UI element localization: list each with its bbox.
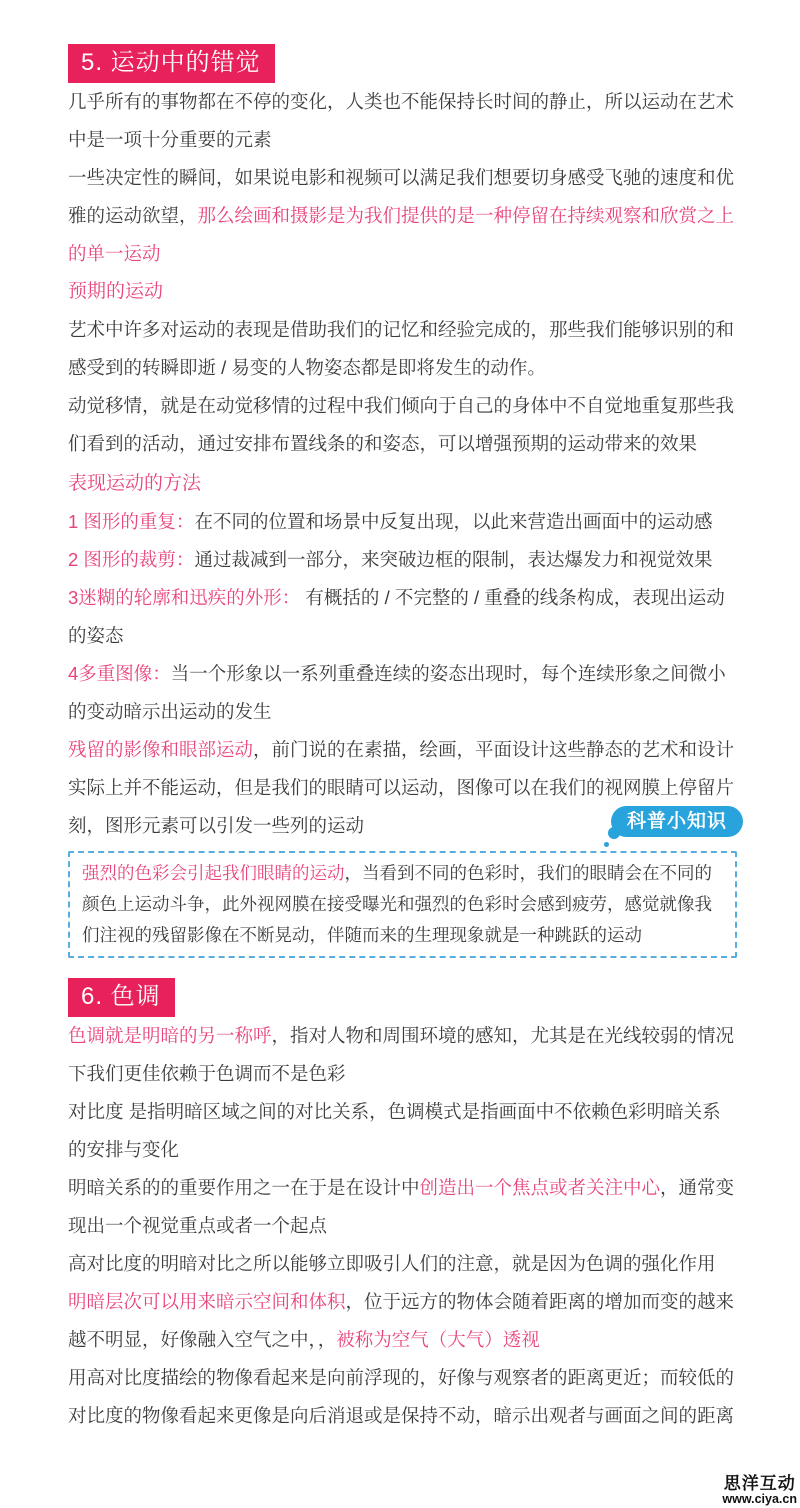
- paragraph-contrast: 对比度 是指明暗区域之间的对比关系，色调模式是指画面中不依赖色彩明暗关系的安排与…: [68, 1093, 737, 1169]
- section-5-header-row: 5. 运动中的错觉: [68, 44, 737, 83]
- highlight-text: 强烈的色彩会引起我们眼睛的运动: [82, 863, 345, 883]
- section-6-header-row: 6. 色调: [68, 978, 737, 1017]
- highlight-text: 被称为空气（大气）透视: [336, 1329, 540, 1350]
- tip-box: 强烈的色彩会引起我们眼睛的运动，当看到不同的色彩时，我们的眼睛会在不同的颜色上运…: [68, 851, 737, 958]
- highlight-text: 3迷糊的轮廓和迅疾的外形：: [68, 587, 300, 608]
- watermark-brand: 思洋互动: [722, 1475, 797, 1493]
- body-text: 动觉移情，就是在动觉移情的过程中我们倾向于自己的身体中不自觉地重复那些我们看到的…: [68, 395, 734, 454]
- highlight-text: 创造出一个焦点或者关注中心: [420, 1177, 661, 1198]
- highlight-text: 明暗层次可以用来暗示空间和体积: [68, 1291, 346, 1312]
- body-text: 在不同的位置和场景中反复出现，以此来营造出画面中的运动感: [194, 511, 712, 532]
- tip-area: 科普小知识 强烈的色彩会引起我们眼睛的运动，当看到不同的色彩时，我们的眼睛会在不…: [68, 851, 737, 958]
- paragraph-tone-intro: 色调就是明暗的另一称呼，指对人物和周围环境的感知，尤其是在光线较弱的情况下我们更…: [68, 1017, 737, 1093]
- section-6-title-badge: 6. 色调: [68, 978, 175, 1017]
- paragraph-motion-intro: 几乎所有的事物都在不停的变化，人类也不能保持长时间的静止，所以运动在艺术中是一项…: [68, 83, 737, 273]
- subheading-motion-methods: 表现运动的方法: [68, 465, 737, 503]
- body-text: 艺术中许多对运动的表现是借助我们的记忆和经验完成的，那些我们能够识别的和感受到的…: [68, 319, 734, 378]
- paragraph-high-contrast: 用高对比度描绘的物像看起来是向前浮现的，好像与观察者的距离更近；而较低的对比度的…: [68, 1359, 737, 1435]
- paragraph-lightdark: 明暗关系的的重要作用之一在于是在设计中创造出一个焦点或者关注中心，通常变现出一个…: [68, 1169, 737, 1359]
- watermark: 思洋互动 www.ciya.cn: [722, 1475, 797, 1506]
- body-text: 明暗关系的的重要作用之一在于是在设计中: [68, 1177, 420, 1198]
- section-5-title-badge: 5. 运动中的错觉: [68, 44, 275, 83]
- tip-badge: 科普小知识: [611, 806, 743, 837]
- body-text: 用高对比度描绘的物像看起来是向前浮现的，好像与观察者的距离更近；而较低的对比度的…: [68, 1367, 734, 1426]
- highlight-text: 残留的影像和眼部运动: [68, 739, 253, 760]
- watermark-url: www.ciya.cn: [722, 1493, 797, 1506]
- highlight-text: 色调就是明暗的另一称呼: [68, 1025, 272, 1046]
- body-text: 对比度 是指明暗区域之间的对比关系，色调模式是指画面中不依赖色彩明暗关系的安排与…: [68, 1101, 721, 1160]
- tip-bubble-dot-small: [604, 842, 609, 847]
- highlight-text: 2 图形的裁剪：: [68, 549, 194, 570]
- subheading-expected-motion: 预期的运动: [68, 273, 737, 311]
- article-page: 5. 运动中的错觉 几乎所有的事物都在不停的变化，人类也不能保持长时间的静止，所…: [0, 44, 800, 1435]
- highlight-text: 1 图形的重复：: [68, 511, 194, 532]
- body-text: 通过裁减到一部分，来突破边框的限制，表达爆发力和视觉效果: [194, 549, 712, 570]
- body-text: 高对比度的明暗对比之所以能够立即吸引人们的注意，就是因为色调的强化作用: [68, 1253, 716, 1274]
- paragraph-motion-methods: 1 图形的重复：在不同的位置和场景中反复出现，以此来营造出画面中的运动感2 图形…: [68, 503, 737, 731]
- highlight-text: 4多重图像：: [68, 663, 171, 684]
- paragraph-expected-motion: 艺术中许多对运动的表现是借助我们的记忆和经验完成的，那些我们能够识别的和感受到的…: [68, 311, 737, 463]
- body-text: 几乎所有的事物都在不停的变化，人类也不能保持长时间的静止，所以运动在艺术中是一项…: [68, 91, 734, 150]
- paragraph-tip-body: 强烈的色彩会引起我们眼睛的运动，当看到不同的色彩时，我们的眼睛会在不同的颜色上运…: [82, 858, 723, 951]
- tip-bubble-dot-large: [608, 827, 620, 839]
